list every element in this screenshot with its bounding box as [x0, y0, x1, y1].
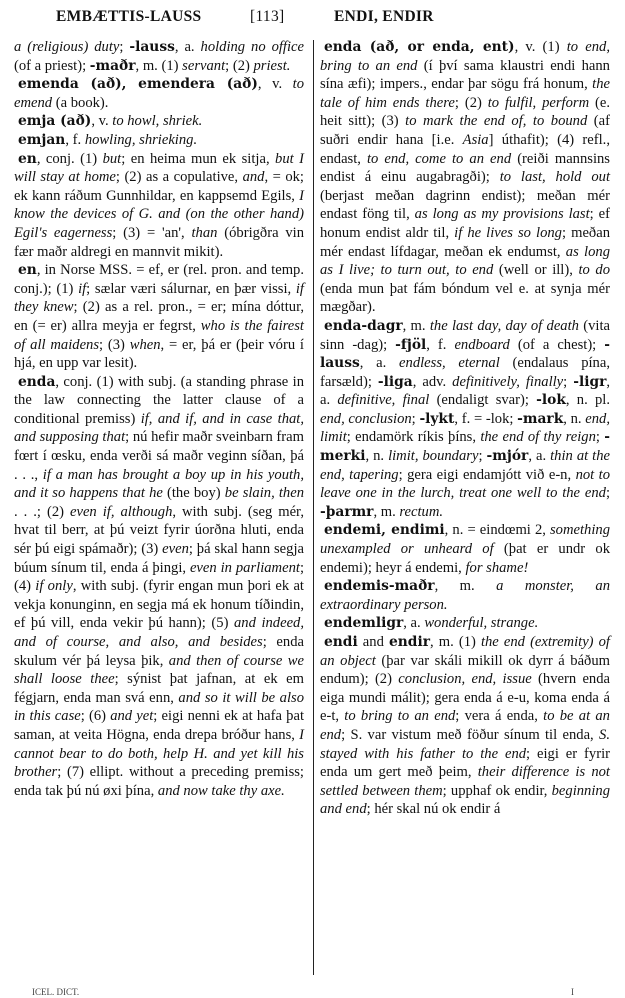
entry-text: , m.	[435, 578, 497, 594]
definition-text: but	[103, 151, 122, 167]
entry-text: (of a chest);	[510, 337, 604, 353]
definition-text: as long as my provisions last	[415, 206, 590, 222]
definition-text: even	[162, 541, 189, 557]
entry-text: , f. = -lok;	[454, 411, 517, 427]
dictionary-entry-enda-verb: enda (að, or enda, ent), v. (1) to end, …	[320, 38, 610, 317]
entry-text: ;	[563, 374, 573, 390]
left-column: a (religious) duty; -lauss, a. holding n…	[14, 38, 304, 800]
headword: en	[18, 151, 37, 167]
definition-text: limit, boundary	[388, 448, 478, 464]
definition-text: be slain, then	[225, 485, 304, 501]
headword: endi	[324, 634, 358, 650]
entry-text: ; endamörk ríkis þíns,	[347, 429, 481, 445]
entry-text: and	[358, 634, 389, 650]
entry-text: ; gera eigi endamjótt við e-n,	[399, 467, 576, 483]
headword: enda-dagr	[324, 318, 403, 334]
entry-text: , a.	[175, 39, 201, 55]
definition-text: Asia	[463, 132, 489, 148]
definition-text: rectum.	[399, 504, 443, 520]
entry-text: ; (2)	[225, 58, 253, 74]
headword: emjan	[18, 132, 65, 148]
headword: enda	[18, 374, 55, 390]
definition-text: endboard	[454, 337, 509, 353]
headword: endemis-maðr	[324, 578, 435, 594]
definition-text: to end, come to an end	[367, 151, 511, 167]
dictionary-entry-endi-endir: endi and endir, m. (1) the end (extremit…	[320, 633, 610, 819]
entry-text: , n.	[365, 448, 388, 464]
signature-mark: I	[571, 987, 574, 997]
entry-text: , m. (1)	[430, 634, 481, 650]
running-header: EMBÆTTIS-LAUSS [113] ENDI, ENDIR	[0, 8, 625, 28]
entry-text: , n.	[563, 411, 585, 427]
entry-text: , v.	[258, 76, 293, 92]
entry-text: , v.	[91, 113, 112, 129]
definition-text: if	[78, 281, 86, 297]
entry-text: (well or ill),	[493, 262, 578, 278]
entry-text: , m.	[373, 504, 399, 520]
entry-text: (the boy)	[163, 485, 225, 501]
entry-text: ; (3)	[99, 337, 130, 353]
entry-text: ; (2)	[455, 95, 488, 111]
dictionary-entry-en-conj: en, conj. (1) but; en heima mun ek sitja…	[14, 150, 304, 262]
dictionary-entry-enda-conj: enda, conj. (1) with subj. (a standing p…	[14, 373, 304, 801]
definition-text: a (religious) duty	[14, 39, 119, 55]
definition-text: definitively, finally	[452, 374, 563, 390]
dictionary-entry-emjan: emjan, f. howling, shrieking.	[14, 131, 304, 150]
headword: -lauss	[129, 39, 174, 55]
dictionary-entry-emenda: emenda (að), emendera (að), v. to emend …	[14, 75, 304, 112]
definition-text: endless, eternal	[399, 355, 500, 371]
definition-text: holding no office	[201, 39, 304, 55]
definition-text: to do	[578, 262, 610, 278]
entry-text: ;	[119, 39, 129, 55]
dictionary-entry-embaettis-cont: a (religious) duty; -lauss, a. holding n…	[14, 38, 304, 75]
definition-text: and now take thy axe.	[158, 783, 285, 799]
definition-text: priest.	[254, 58, 291, 74]
entry-text: (enda mun þat fám bóndum vel e. at synja…	[320, 281, 610, 316]
dictionary-entry-endemis-madr: endemis-maðr, m. a monster, an extraordi…	[320, 577, 610, 614]
entry-text: , n. = eindœmi 2,	[445, 522, 550, 538]
dictionary-entry-endemi: endemi, endimi, n. = eindœmi 2, somethin…	[320, 521, 610, 577]
headword: -mark	[517, 411, 563, 427]
right-guideword: ENDI, ENDIR	[334, 8, 434, 26]
definition-text: even in parliament	[190, 560, 300, 576]
definition-text: for shame!	[465, 560, 528, 576]
page-number: [113]	[250, 8, 285, 26]
definition-text: the last day, day of death	[430, 318, 579, 334]
definition-text: to mark the end of, to bound	[405, 113, 587, 129]
definition-text: to fulfil, perform	[488, 95, 589, 111]
definition-text: definitive, final	[337, 392, 429, 408]
definition-text: to last, hold out	[500, 169, 610, 185]
entry-text: , m.	[403, 318, 430, 334]
headword: endemi, endimi	[324, 522, 445, 538]
entry-text: , a.	[528, 448, 550, 464]
definition-text: and	[243, 169, 265, 185]
headword: -lykt	[419, 411, 454, 427]
definition-text: if only	[35, 578, 73, 594]
headword: enda (að, or enda, ent)	[324, 39, 515, 55]
column-divider	[313, 40, 314, 975]
headword: -fjöl	[395, 337, 426, 353]
right-column: enda (að, or enda, ent), v. (1) to end, …	[320, 38, 610, 819]
entry-text: , a.	[403, 615, 424, 631]
dictionary-entry-enda-dagr: enda-dagr, m. the last day, day of death…	[320, 317, 610, 522]
entry-text: ;	[478, 448, 486, 464]
entry-text: ; upphaf ok endir,	[443, 783, 552, 799]
headword: emja (að)	[18, 113, 91, 129]
definition-text: wonderful, strange.	[424, 615, 538, 631]
dictionary-entry-en-norse: en, in Norse MSS. = ef, er (rel. pron. a…	[14, 261, 304, 373]
entry-text: , m. (1)	[136, 58, 183, 74]
definition-text: servant	[182, 58, 225, 74]
entry-text: , conj. (1)	[37, 151, 103, 167]
entry-text: ; (2) as a copulative,	[116, 169, 243, 185]
definition-text: the end of thy reign	[480, 429, 596, 445]
definition-text: conclusion, end, issue	[398, 671, 531, 687]
headword: en	[18, 262, 37, 278]
definition-text: even if, although	[70, 504, 172, 520]
headword: -liga	[378, 374, 413, 390]
printer-signature: ICEL. DICT.	[32, 987, 79, 997]
entry-text: ; sælar væri sálurnar, en þær vissi,	[86, 281, 296, 297]
entry-text: (a book).	[52, 95, 108, 111]
headword: -ligr	[573, 374, 606, 390]
headword: -lok	[536, 392, 566, 408]
headword: -maðr	[90, 58, 136, 74]
left-guideword: EMBÆTTIS-LAUSS	[56, 8, 201, 26]
entry-text: ; en heima mun ek sitja,	[121, 151, 275, 167]
entry-text: ; vera á enda,	[455, 708, 543, 724]
dictionary-entry-endemligr: endemligr, a. wonderful, strange.	[320, 614, 610, 633]
entry-text: ;	[606, 485, 610, 501]
definition-text: if he lives so long	[454, 225, 562, 241]
entry-text: ; hér skal nú ok endir á	[367, 801, 501, 817]
headword: emenda (að), emendera (að)	[18, 76, 258, 92]
headword: endir	[389, 634, 430, 650]
dictionary-entry-emja: emja (að), v. to howl, shriek.	[14, 112, 304, 131]
entry-text: , v. (1)	[515, 39, 567, 55]
definition-text: when	[130, 337, 161, 353]
entry-text: . . .; (2)	[14, 504, 70, 520]
definition-text: to howl, shriek.	[112, 113, 202, 129]
definition-text: to bring to an end	[344, 708, 455, 724]
entry-text: , n. pl.	[566, 392, 610, 408]
entry-text: , adv.	[413, 374, 452, 390]
definition-text: end, conclusion	[320, 411, 412, 427]
entry-text: ; S. var vistum með föður sínum til enda…	[341, 727, 599, 743]
entry-text: (endaligt svar);	[429, 392, 536, 408]
definition-text: howling, shrieking.	[85, 132, 197, 148]
entry-text: (of a priest);	[14, 58, 90, 74]
entry-text: ; (3) = 'an',	[112, 225, 191, 241]
definition-text: than	[192, 225, 218, 241]
headword: endemligr	[324, 615, 403, 631]
definition-text: and yet	[110, 708, 153, 724]
headword: -mjór	[487, 448, 529, 464]
entry-text: ; (6)	[81, 708, 110, 724]
headword: -þarmr	[320, 504, 373, 520]
entry-text: , f.	[426, 337, 454, 353]
entry-text: , f.	[65, 132, 84, 148]
entry-text: , a.	[360, 355, 399, 371]
